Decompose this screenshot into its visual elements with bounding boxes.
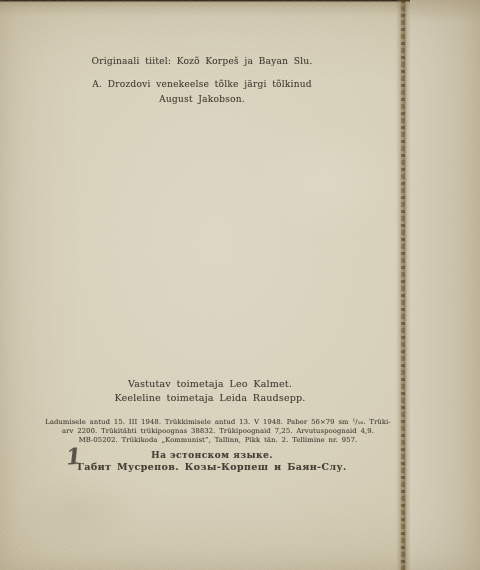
book-page-scan: Originaali tiitel: Kozõ Korpeš ja Bayan … xyxy=(0,0,480,570)
page-block-edge xyxy=(410,0,480,570)
paper-stain xyxy=(20,470,140,550)
imprint-line-2: arv 2200. Trükitähti trükipoognas 38832.… xyxy=(36,427,400,436)
responsible-editor-line: Vastutav toimetaja Leo Kalmet. xyxy=(8,379,412,390)
handwritten-number-mark: 1 xyxy=(65,445,82,468)
imprint-line-1: Ladumisele antud 15. III 1948. Trükkimis… xyxy=(36,418,400,427)
language-editor-line: Keeleline toimetaja Leida Raudsepp. xyxy=(8,393,412,404)
translator-name-line: August Jakobson. xyxy=(0,95,404,105)
imprint-line-3: MB-05202. Trükikoda „Kommunist”, Tallinn… xyxy=(36,436,400,445)
translation-note-line: A. Drozdovi venekeelse tõlke järgi tõlki… xyxy=(0,80,404,90)
paper-highlight xyxy=(250,120,410,240)
original-title-line: Originaali tiitel: Kozõ Korpeš ja Bayan … xyxy=(0,57,404,67)
